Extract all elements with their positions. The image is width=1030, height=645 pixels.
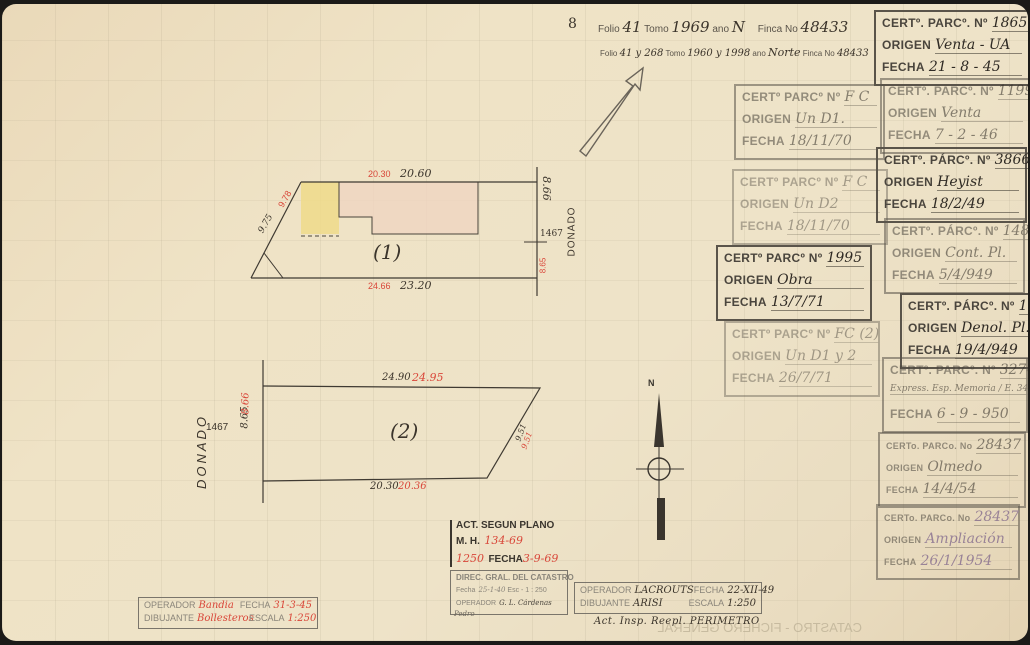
north-arrow-icon [636, 393, 684, 540]
lot2-left-new: 8.66 [241, 392, 252, 414]
stamp-cert-fc-d1: CERTº PARCº NºF C ORIGENUn D1. FECHA18/1… [734, 84, 885, 160]
stamp-cert-18650: CERTº. PARCº. Nº18650 ORIGENVenta - UA F… [874, 10, 1028, 86]
lot2-street-number: 1467 [206, 422, 228, 433]
catastro-stamp: DIREC. GRAL. DEL CATASTRO Fecha25-1-40 E… [450, 570, 568, 615]
stamp-cert-28437-ampliacion: CERTo. PARCo. No28437 ORIGENAmpliación F… [876, 504, 1020, 580]
lot1-right-lower: 8.65 [538, 258, 547, 274]
operador-stamp-left: OPERADORBandiaFECHA31-3-45 DIBUJANTEBoll… [138, 597, 318, 629]
stamp-cert-1995: CERTº PARCº Nº1995 ORIGENObra FECHA13/7/… [716, 245, 872, 321]
stamp-cert-38667: CERTº. PÁRCº. Nº38667 ORIGENHeyist FECHA… [876, 147, 1027, 223]
lot2-top-old: 24.90 [382, 372, 411, 383]
lot2-bottom-old: 20.30 [370, 481, 399, 492]
stamp-cert-11994: CERTº. PARCº. Nº11994 ORIGENVenta FECHA7… [880, 78, 1028, 154]
act-segun-plano-stamp: ACT. SEGUN PLANO M. H. 134-69 1250 FECHA… [450, 520, 556, 567]
stamp-cert-fc-2: CERTº PARCº NºFC (2) ORIGENUn D1 y 2 FEC… [724, 321, 880, 397]
lot1-right-upper: 8.66 [540, 176, 553, 201]
stamp-cert-fc-d2: CERTº PARCº NºF C ORIGENUn D2 FECHA18/11… [732, 169, 888, 245]
lot2-top-new: 24.95 [412, 371, 444, 384]
lot1-bottom-old: 24.66 [368, 281, 391, 291]
stamp-cert-1486: CERTº. PÁRCº. Nº1486 ORIGENCont. Pl. FEC… [884, 218, 1025, 294]
north-label: N [648, 378, 655, 388]
lot1-street-number: 1467 [540, 229, 563, 239]
lot2-street-name: DONADO [194, 414, 209, 489]
lot-1-outline [251, 167, 547, 296]
stamp-cert-28437-olmedo: CERTo. PARCo. No28437 ORIGENOlmedo FECHA… [878, 432, 1026, 508]
lot1-street-name: DONADO [566, 207, 577, 257]
lot1-top-old: 20.30 [368, 169, 391, 179]
catastro-note: Pedro [454, 610, 475, 618]
cadastral-card: 8 Folio 41 Tomo 1969 ano N Finca No 4843… [2, 4, 1028, 641]
lot2-label: (2) [390, 419, 418, 443]
lot2-bottom-new: 20.36 [398, 481, 427, 492]
pointer-arrow-icon [580, 68, 643, 156]
operador-stamp-right: OPERADORLACROUTSFECHA22-XII-49 DIBUJANTE… [574, 582, 762, 614]
lot1-label: (1) [373, 240, 401, 264]
lot1-bottom-new: 23.20 [400, 279, 432, 292]
operador-right-note: Act. Insp. Reepl. PERIMETRO [594, 616, 760, 627]
stamp-cert-32743: CERTº. PARCº. Nº32743 Express. Esp. Memo… [882, 357, 1028, 433]
lot1-top-new: 20.60 [400, 167, 432, 180]
